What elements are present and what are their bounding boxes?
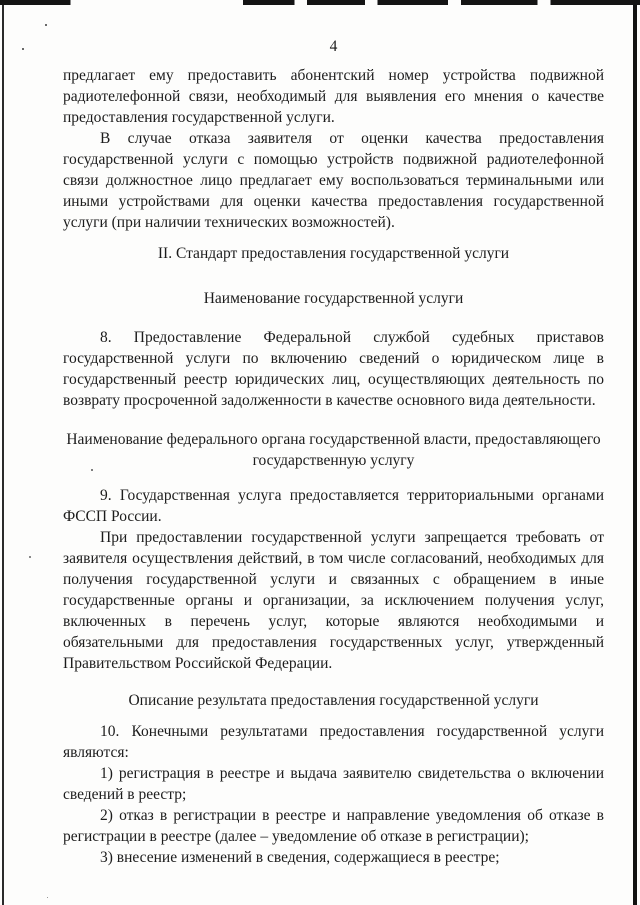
scan-top-edge-artifact xyxy=(0,0,640,5)
document-body: 4 предлагает ему предоставить абонентски… xyxy=(63,36,604,868)
subsection-heading: Описание результата предоставления госуд… xyxy=(63,690,604,711)
scan-speck xyxy=(22,48,24,50)
list-item: 2) отказ в регистрации в реестре и напра… xyxy=(63,805,604,847)
paragraph: предлагает ему предоставить абонентский … xyxy=(63,65,604,128)
paragraph: 8. Предоставление Федеральной службой су… xyxy=(63,327,604,411)
list-item: 3) внесение изменений в сведения, содерж… xyxy=(63,847,604,868)
scan-right-edge-line xyxy=(633,5,637,905)
list-item: 1) регистрация в реестре и выдача заявит… xyxy=(63,763,604,805)
page-number: 4 xyxy=(63,36,604,57)
scan-speck xyxy=(29,556,31,558)
subsection-heading: Наименование федерального органа государ… xyxy=(63,429,604,471)
subsection-heading: Наименование государственной услуги xyxy=(63,288,604,309)
paragraph: 9. Государственная услуга предоставляетс… xyxy=(63,485,604,527)
paragraph: В случае отказа заявителя от оценки каче… xyxy=(63,128,604,233)
paragraph: 10. Конечными результатами предоставлени… xyxy=(63,721,604,763)
scan-left-edge-line xyxy=(2,5,4,905)
section-heading: II. Стандарт предоставления государствен… xyxy=(63,243,604,264)
scan-speck xyxy=(47,897,48,898)
paragraph: При предоставлении государственной услуг… xyxy=(63,527,604,674)
scan-speck xyxy=(45,24,47,26)
scanned-page: 4 предлагает ему предоставить абонентски… xyxy=(0,0,640,905)
